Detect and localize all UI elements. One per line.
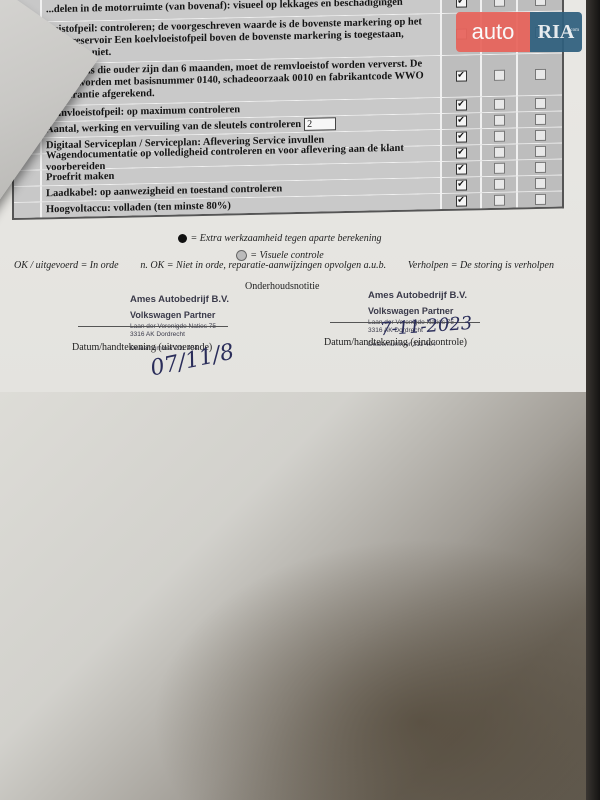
- status-legend: OK / uitgevoerd = In orde n. OK = Niet i…: [14, 260, 554, 271]
- fixed-checkbox[interactable]: [535, 98, 546, 109]
- ok-checkbox[interactable]: ✔: [456, 131, 467, 142]
- legend-nok: n. OK = Niet in orde, reparatie-aanwijzi…: [140, 260, 386, 271]
- legend-ok: OK / uitgevoerd = In orde: [14, 260, 119, 271]
- nok-checkbox[interactable]: [494, 99, 505, 110]
- ok-checkbox[interactable]: ✔: [456, 195, 467, 206]
- legend-extra-work: = Extra werkzaamheid tegen aparte bereke…: [0, 233, 560, 244]
- ok-checkbox[interactable]: ✔: [456, 115, 467, 126]
- nok-checkbox[interactable]: [494, 195, 505, 206]
- fixed-checkbox[interactable]: [535, 130, 546, 141]
- document-page: ...delen in de motorruimte (van bovenaf)…: [0, 0, 588, 392]
- row-text: Bij wagens die ouder zijn dan 6 maanden,…: [42, 56, 442, 105]
- nok-checkbox[interactable]: [494, 0, 505, 6]
- fixed-checkbox[interactable]: [535, 0, 546, 6]
- nok-checkbox[interactable]: [494, 115, 505, 126]
- maintenance-notes-title: Onderhoudsnotitie: [245, 281, 319, 292]
- fixed-checkbox[interactable]: [535, 162, 546, 173]
- nok-checkbox[interactable]: [494, 163, 505, 174]
- fixed-checkbox[interactable]: [535, 114, 546, 125]
- blank-page: [0, 392, 596, 800]
- autoria-watermark: auto RIA .com: [456, 12, 582, 52]
- background-edge: [586, 0, 600, 800]
- ok-checkbox[interactable]: ✔: [456, 179, 467, 190]
- nok-checkbox[interactable]: [494, 131, 505, 142]
- ok-checkbox[interactable]: ✔: [456, 0, 467, 7]
- key-count-field[interactable]: 2: [304, 117, 336, 131]
- ok-checkbox[interactable]: ✔: [456, 163, 467, 174]
- fixed-checkbox[interactable]: [535, 194, 546, 205]
- fixed-checkbox[interactable]: [535, 146, 546, 157]
- nok-checkbox[interactable]: [494, 147, 505, 158]
- fixed-checkbox[interactable]: [535, 178, 546, 189]
- legend-fixed: Verholpen = De storing is verholpen: [408, 260, 554, 271]
- ok-checkbox[interactable]: ✔: [456, 147, 467, 158]
- filled-dot-icon: [178, 234, 187, 243]
- watermark-auto: auto: [456, 12, 530, 52]
- row-text: ...eistofpeil: controleren; de voorgesch…: [42, 14, 442, 63]
- watermark-ria: RIA .com: [530, 12, 582, 52]
- fixed-checkbox[interactable]: [535, 69, 546, 80]
- nok-checkbox[interactable]: [494, 179, 505, 190]
- ok-checkbox[interactable]: ✔: [456, 70, 467, 81]
- nok-checkbox[interactable]: [494, 70, 505, 81]
- ok-checkbox[interactable]: ✔: [456, 99, 467, 110]
